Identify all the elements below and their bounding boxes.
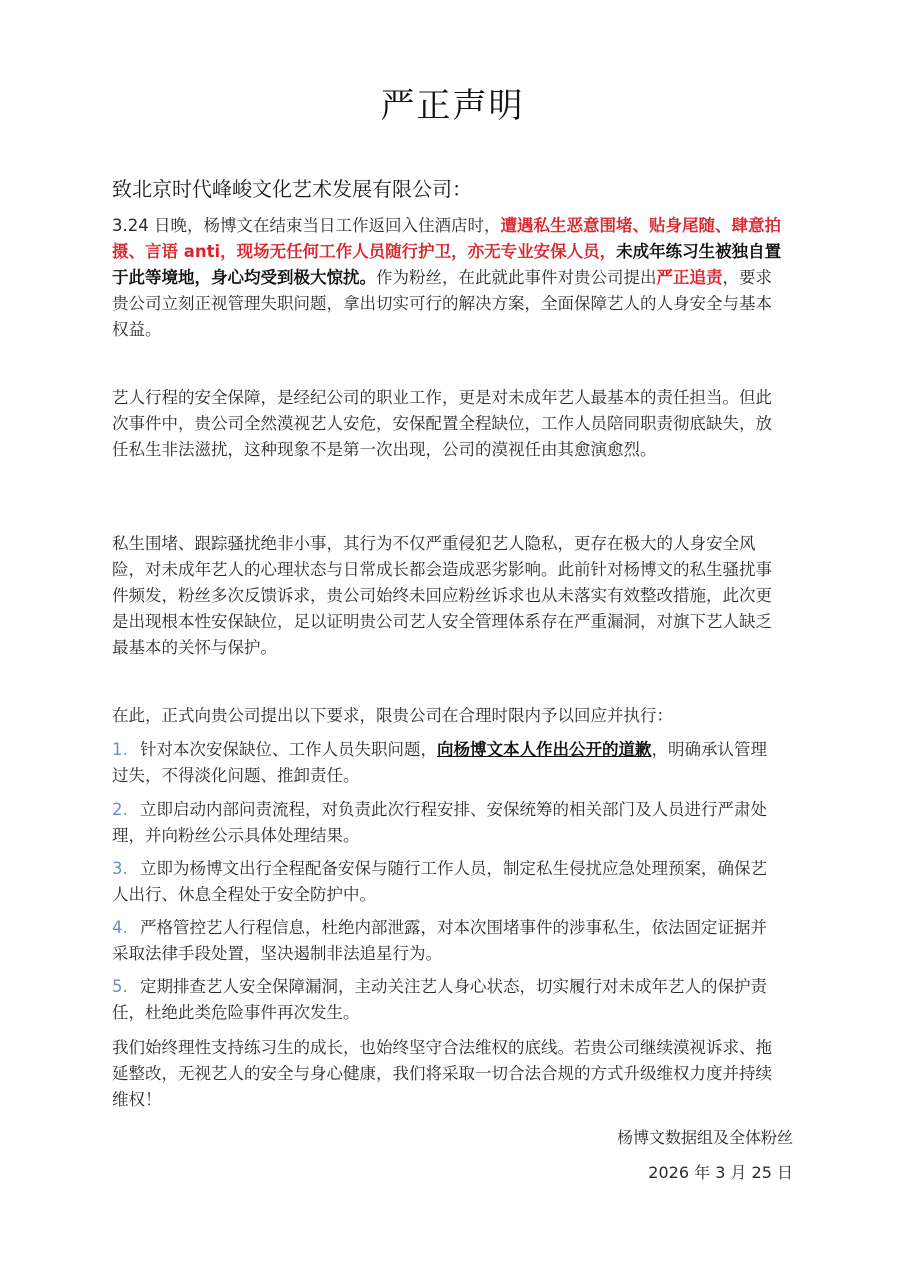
demand-text: 立即启动内部问责流程，对负责此次行程安排、安保统筹的相关部门及人员进行严肃处理，…	[112, 800, 767, 845]
demand-item-5: 5.定期排查艺人安全保障漏洞，主动关注艺人身心状态，切实履行对未成年艺人的保护责…	[112, 974, 782, 1026]
demand-text: 严格管控艺人行程信息，杜绝内部泄露，对本次围堵事件的涉事私生，依法固定证据并采取…	[112, 918, 767, 963]
incident-text: 3.24 日晚，杨博文在结束当日工作返回入住酒店时，	[112, 216, 500, 235]
signature: 杨博文数据组及全体粉丝	[617, 1125, 793, 1148]
demand-number: 1.	[112, 737, 140, 763]
demands-intro: 在此，正式向贵公司提出以下要求，限贵公司在合理时限内予以回应并执行：	[112, 703, 782, 729]
page-title: 严正声明	[0, 78, 905, 127]
paragraph-incident: 3.24 日晚，杨博文在结束当日工作返回入住酒店时，遭遇私生恶意围堵、贴身尾随、…	[112, 213, 782, 343]
date: 2026 年 3 月 25 日	[648, 1160, 793, 1183]
paragraph-safety-duty: 艺人行程的安全保障，是经纪公司的职业工作，更是对未成年艺人最基本的责任担当。但此…	[112, 385, 782, 463]
apology-emphasis: 向杨博文本人作出公开的道歉	[437, 740, 652, 759]
demand-item-2: 2.立即启动内部问责流程，对负责此次行程安排、安保统筹的相关部门及人员进行严肃处…	[112, 797, 782, 849]
paragraph-harassment: 私生围堵、跟踪骚扰绝非小事，其行为不仅严重侵犯艺人隐私，更存在极大的人身安全风险…	[112, 531, 782, 661]
incident-text-2: 作为粉丝，在此就此事件对贵公司提出	[376, 268, 657, 287]
demand-number: 4.	[112, 915, 140, 941]
demand-text: 立即为杨博文出行全程配备安保与随行工作人员，制定私生侵扰应急处理预案，确保艺人出…	[112, 859, 767, 904]
demand-text: 针对本次安保缺位、工作人员失职问题，	[140, 740, 437, 759]
statement-document: 严正声明 致北京时代峰峻文化艺术发展有限公司： 3.24 日晚，杨博文在结束当日…	[0, 0, 905, 1280]
demand-number: 5.	[112, 974, 140, 1000]
accountability-emphasis: 严正追责	[657, 268, 723, 287]
demand-item-4: 4.严格管控艺人行程信息，杜绝内部泄露，对本次围堵事件的涉事私生，依法固定证据并…	[112, 915, 782, 967]
demand-item-3: 3.立即为杨博文出行全程配备安保与随行工作人员，制定私生侵扰应急处理预案，确保艺…	[112, 856, 782, 908]
demand-number: 2.	[112, 797, 140, 823]
demand-text: 定期排查艺人安全保障漏洞，主动关注艺人身心状态，切实履行对未成年艺人的保护责任，…	[112, 977, 767, 1022]
addressee-line: 致北京时代峰峻文化艺术发展有限公司：	[112, 173, 472, 202]
demand-item-1: 1.针对本次安保缺位、工作人员失职问题，向杨博文本人作出公开的道歉，明确承认管理…	[112, 737, 782, 789]
demand-number: 3.	[112, 856, 140, 882]
closing-paragraph: 我们始终理性支持练习生的成长，也始终坚守合法维权的底线。若贵公司继续漠视诉求、拖…	[112, 1035, 782, 1113]
